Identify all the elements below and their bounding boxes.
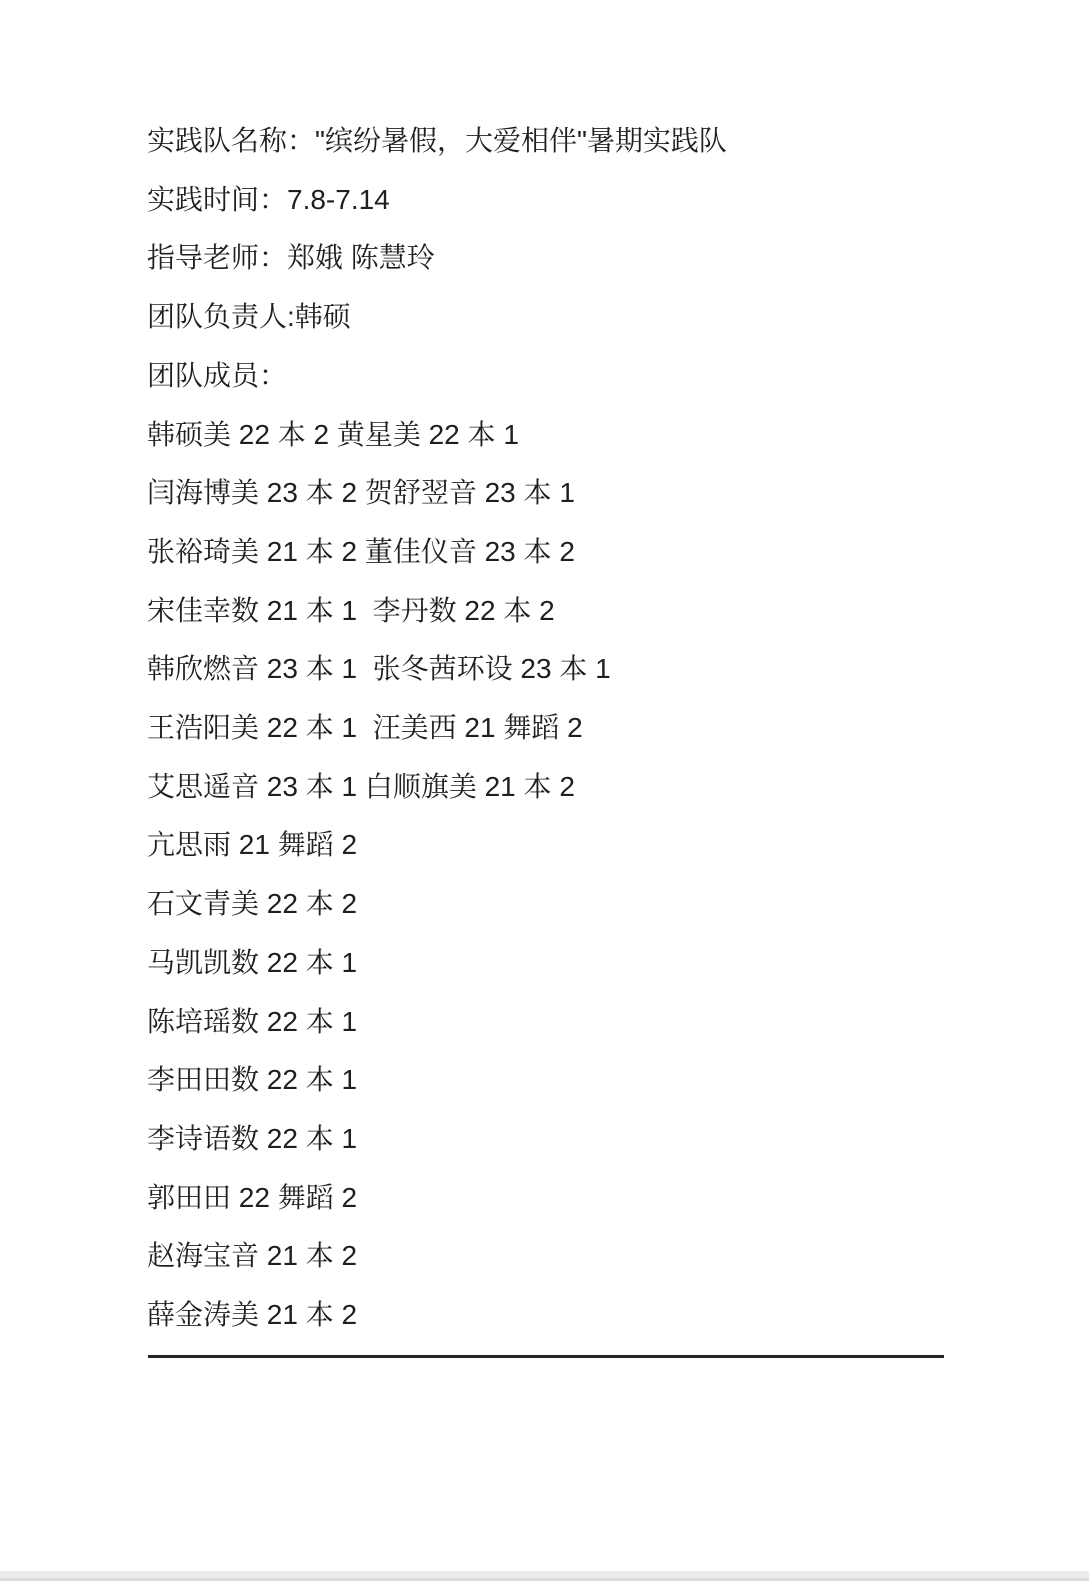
member-line: 艾思遥音 23 本 1 白顺旗美 21 本 2 <box>147 758 962 817</box>
member-line: 宋佳幸数 21 本 1 李丹数 22 本 2 <box>147 582 962 641</box>
member-line: 陈培瑶数 22 本 1 <box>147 993 962 1052</box>
document-page: 实践队名称："缤纷暑假，大爱相伴"暑期实践队 实践时间：7.8-7.14 指导老… <box>0 0 1089 1581</box>
member-line: 亢思雨 21 舞蹈 2 <box>147 816 962 875</box>
member-line: 韩欣燃音 23 本 1 张冬茜环设 23 本 1 <box>147 640 962 699</box>
member-line: 薛金涛美 21 本 2 <box>147 1286 962 1345</box>
member-line: 李田田数 22 本 1 <box>147 1051 962 1110</box>
advisors-line: 指导老师：郑娥 陈慧玲 <box>147 229 962 288</box>
document-text-block: 实践队名称："缤纷暑假，大爱相伴"暑期实践队 实践时间：7.8-7.14 指导老… <box>147 112 962 1345</box>
member-line: 李诗语数 22 本 1 <box>147 1110 962 1169</box>
practice-time-line: 实践时间：7.8-7.14 <box>147 171 962 230</box>
member-line: 闫海博美 23 本 2 贺舒翌音 23 本 1 <box>147 464 962 523</box>
member-line: 郭田田 22 舞蹈 2 <box>147 1169 962 1228</box>
member-line: 马凯凯数 22 本 1 <box>147 934 962 993</box>
member-line: 石文青美 22 本 2 <box>147 875 962 934</box>
page-bottom-edge <box>0 1571 1089 1581</box>
member-line: 王浩阳美 22 本 1 汪美西 21 舞蹈 2 <box>147 699 962 758</box>
member-line: 张裕琦美 21 本 2 董佳仪音 23 本 2 <box>147 523 962 582</box>
team-leader-line: 团队负责人:韩硕 <box>147 288 962 347</box>
member-line: 韩硕美 22 本 2 黄星美 22 本 1 <box>147 406 962 465</box>
members-heading: 团队成员： <box>147 347 962 406</box>
horizontal-rule <box>148 1355 944 1358</box>
team-name-line: 实践队名称："缤纷暑假，大爱相伴"暑期实践队 <box>147 112 962 171</box>
member-line: 赵海宝音 21 本 2 <box>147 1227 962 1286</box>
